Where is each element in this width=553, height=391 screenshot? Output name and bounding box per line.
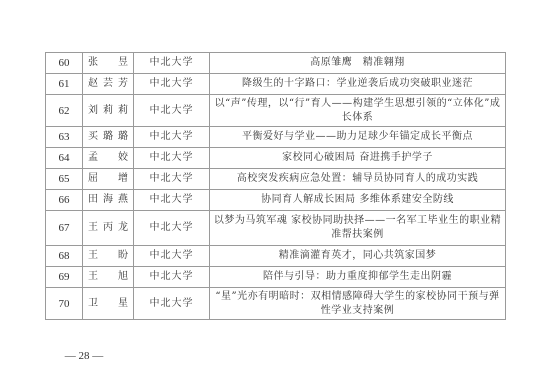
row-number: 67 xyxy=(46,211,83,246)
table-row: 62 刘莉莉 中北大学 以“声”传理，以“行”育人——构建学生思想引领的“立体化… xyxy=(46,95,506,127)
table-row: 60 张昱 中北大学 高原雏鹰 精准翱翔 xyxy=(46,53,506,74)
row-number: 68 xyxy=(46,246,83,267)
person-name: 刘莉莉 xyxy=(83,95,134,127)
table-row: 69 王旭 中北大学 陪伴与引导：助力重度抑郁学生走出阴霾 xyxy=(46,267,506,288)
school: 中北大学 xyxy=(134,148,210,169)
case-title: 以“声”传理，以“行”育人——构建学生思想引领的“立体化”成长体系 xyxy=(210,95,506,127)
row-number: 69 xyxy=(46,267,83,288)
table-row: 70 卫星 中北大学 “星”光亦有明暗时：双相情感障碍大学生的家校协同干预与弹性… xyxy=(46,288,506,320)
table-row: 61 赵芸芳 中北大学 降级生的十字路口：学业逆袭后成功突破职业迷茫 xyxy=(46,74,506,95)
person-name: 王旭 xyxy=(83,267,134,288)
school: 中北大学 xyxy=(134,169,210,190)
school: 中北大学 xyxy=(134,246,210,267)
school: 中北大学 xyxy=(134,267,210,288)
case-title: 协同育人解成长困局 多维体系建安全防线 xyxy=(210,190,506,211)
table-row: 66 田海燕 中北大学 协同育人解成长困局 多维体系建安全防线 xyxy=(46,190,506,211)
table-row: 68 王盼 中北大学 精准滴灌育英才，同心共筑家国梦 xyxy=(46,246,506,267)
row-number: 61 xyxy=(46,74,83,95)
table-row: 65 屈增 中北大学 高校突发疾病应急处置：辅导员协同育人的成功实践 xyxy=(46,169,506,190)
person-name: 买璐璐 xyxy=(83,127,134,148)
school: 中北大学 xyxy=(134,74,210,95)
row-number: 60 xyxy=(46,53,83,74)
row-number: 63 xyxy=(46,127,83,148)
person-name: 屈增 xyxy=(83,169,134,190)
school: 中北大学 xyxy=(134,190,210,211)
case-title: 高校突发疾病应急处置：辅导员协同育人的成功实践 xyxy=(210,169,506,190)
person-name: 田海燕 xyxy=(83,190,134,211)
table-row: 63 买璐璐 中北大学 平衡爱好与学业——助力足球少年锚定成长平衡点 xyxy=(46,127,506,148)
case-title: 降级生的十字路口：学业逆袭后成功突破职业迷茫 xyxy=(210,74,506,95)
school: 中北大学 xyxy=(134,288,210,320)
school: 中北大学 xyxy=(134,95,210,127)
school: 中北大学 xyxy=(134,127,210,148)
row-number: 64 xyxy=(46,148,83,169)
table-row: 64 孟姣 中北大学 家校同心破困局 奋进携手护学子 xyxy=(46,148,506,169)
awardee-table: 60 张昱 中北大学 高原雏鹰 精准翱翔 61 赵芸芳 中北大学 降级生的十字路… xyxy=(45,52,506,320)
school: 中北大学 xyxy=(134,211,210,246)
person-name: 张昱 xyxy=(83,53,134,74)
person-name: 王盼 xyxy=(83,246,134,267)
case-title: 高原雏鹰 精准翱翔 xyxy=(210,53,506,74)
person-name: 王丙龙 xyxy=(83,211,134,246)
school: 中北大学 xyxy=(134,53,210,74)
case-title: 家校同心破困局 奋进携手护学子 xyxy=(210,148,506,169)
case-title: “星”光亦有明暗时：双相情感障碍大学生的家校协同干预与弹性学业支持案例 xyxy=(210,288,506,320)
page-number: — 28 — xyxy=(64,350,104,362)
row-number: 65 xyxy=(46,169,83,190)
person-name: 孟姣 xyxy=(83,148,134,169)
case-title: 精准滴灌育英才，同心共筑家国梦 xyxy=(210,246,506,267)
person-name: 赵芸芳 xyxy=(83,74,134,95)
case-title: 以梦为马筑军魂 家校协同助抉择——一名军工毕业生的职业精准帮扶案例 xyxy=(210,211,506,246)
case-title: 陪伴与引导：助力重度抑郁学生走出阴霾 xyxy=(210,267,506,288)
person-name: 卫星 xyxy=(83,288,134,320)
table-row: 67 王丙龙 中北大学 以梦为马筑军魂 家校协同助抉择——一名军工毕业生的职业精… xyxy=(46,211,506,246)
case-title: 平衡爱好与学业——助力足球少年锚定成长平衡点 xyxy=(210,127,506,148)
row-number: 66 xyxy=(46,190,83,211)
row-number: 70 xyxy=(46,288,83,320)
row-number: 62 xyxy=(46,95,83,127)
